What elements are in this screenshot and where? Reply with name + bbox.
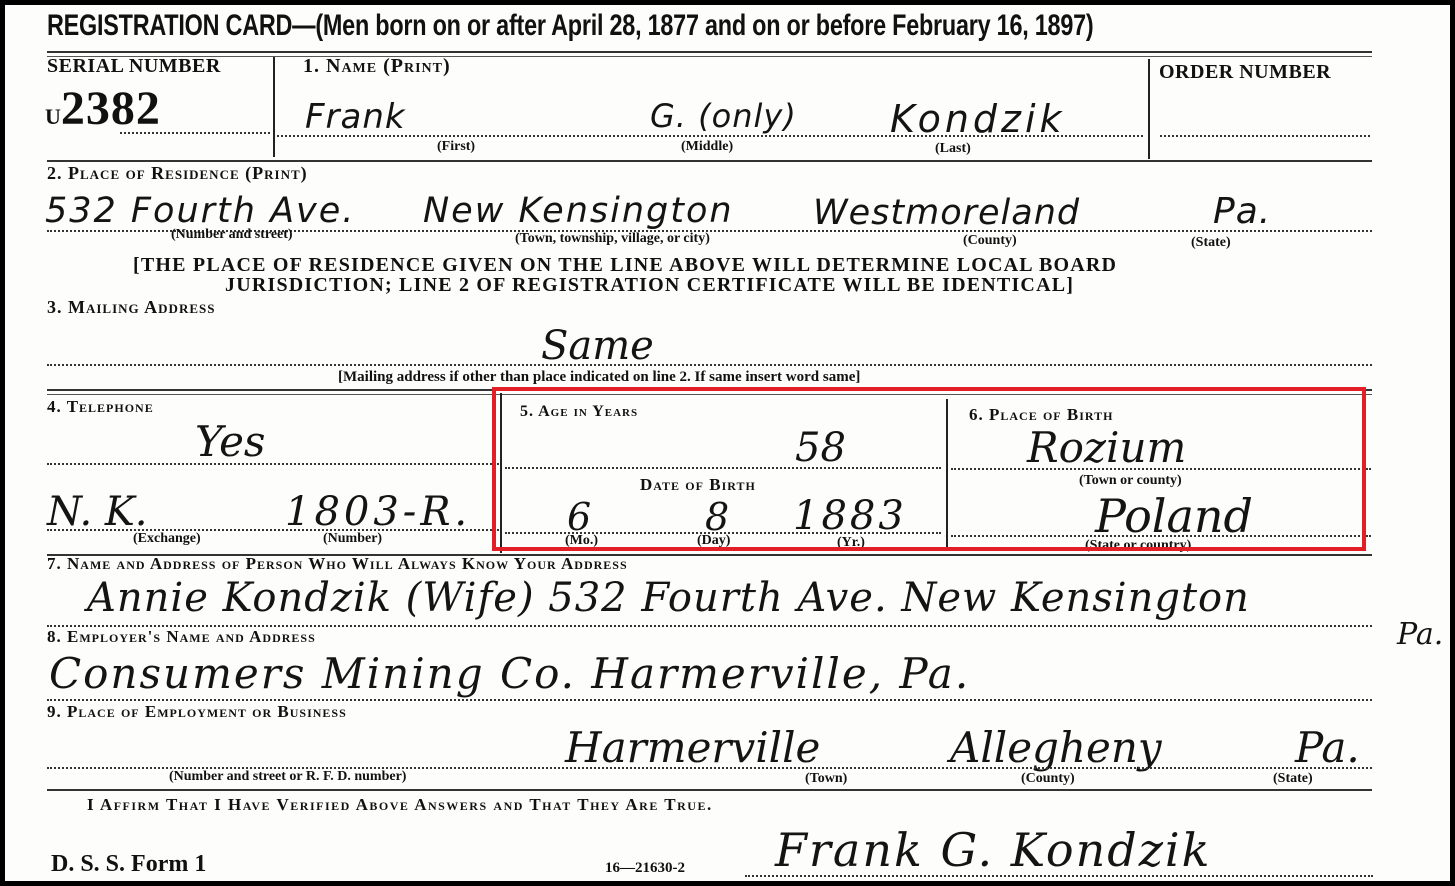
mailing-address-value: Same (541, 323, 654, 369)
form-name: D. S. S. Form 1 (51, 851, 206, 878)
employer-label: 8. Employer's Name and Address (47, 627, 316, 647)
tel-age-divider (500, 393, 502, 553)
contact-value: Annie Kondzik (Wife) 532 Fourth Ave. New… (87, 575, 1250, 621)
residence-notice-line2: JURISDICTION; LINE 2 OF REGISTRATION CER… (225, 275, 1074, 296)
month-caption: (Mo.) (565, 533, 598, 549)
mailing-line (47, 364, 1372, 366)
title-rule (47, 51, 1372, 57)
residence-county-value: Westmoreland (813, 193, 1080, 233)
name-first-value: Frank (305, 97, 406, 137)
age-value: 58 (795, 425, 846, 471)
dob-label: Date of Birth (640, 475, 756, 495)
name-label: 1. Name (Print) (303, 55, 451, 78)
contact-state-value: Pa. (1397, 617, 1443, 652)
first-caption: (First) (437, 139, 475, 155)
employer-line (47, 699, 1372, 701)
year-caption: (Yr.) (837, 535, 865, 551)
form-code: 16—21630-2 (605, 860, 685, 877)
name-middle-value: G. (only) (650, 97, 797, 135)
rfd-caption: (Number and street or R. F. D. number) (169, 769, 406, 785)
birthplace-country-line (951, 535, 1371, 537)
employment-county-value: Allegheny (950, 723, 1162, 772)
signature-line (745, 875, 1373, 877)
contact-label: 7. Name and Address of Person Who Will A… (47, 554, 628, 574)
employment-county-caption: (County) (1021, 771, 1075, 787)
order-divider (1148, 59, 1150, 159)
card-title: REGISTRATION CARD—(Men born on or after … (47, 9, 1093, 43)
number-caption: (Number) (323, 531, 382, 547)
serial-number-label: SERIAL NUMBER (47, 55, 221, 78)
telephone-number-line (47, 529, 499, 531)
employment-state-value: Pa. (1295, 723, 1360, 772)
employment-town-caption: (Town) (805, 771, 847, 787)
middle-caption: (Middle) (681, 139, 733, 155)
telephone-line (47, 463, 499, 465)
residence-state-value: Pa. (1213, 191, 1271, 232)
birthplace-label: 6. Place of Birth (969, 405, 1113, 425)
order-number-label: ORDER NUMBER (1159, 61, 1331, 84)
birthplace-town-value: Rozium (1027, 423, 1186, 472)
affirmation-text: I Affirm That I Have Verified Above Answ… (87, 795, 713, 815)
employment-state-caption: (State) (1273, 771, 1313, 787)
registrant-signature: Frank G. Kondzik (775, 823, 1212, 877)
age-line (505, 467, 941, 469)
residence-notice-line1: [THE PLACE OF RESIDENCE GIVEN ON THE LIN… (133, 255, 1117, 276)
day-caption: (Day) (697, 533, 730, 549)
telephone-label: 4. Telephone (47, 397, 154, 417)
residence-street-value: 532 Fourth Ave. (45, 191, 355, 231)
telephone-value: Yes (195, 417, 266, 466)
birthplace-town-line (951, 468, 1371, 470)
row9-bottom-rule (47, 789, 1372, 791)
row3-bottom-rule (47, 389, 1372, 395)
employer-value: Consumers Mining Co. Harmerville, Pa. (49, 649, 970, 698)
serial-prefix: U (45, 104, 61, 129)
serial-digits: 2382 (61, 82, 161, 135)
age-birth-divider (946, 399, 948, 551)
employment-town-value: Harmerville (565, 723, 820, 772)
employment-place-label: 9. Place of Employment or Business (47, 702, 347, 722)
residence-label: 2. Place of Residence (Print) (47, 163, 308, 184)
mailing-caption: [Mailing address if other than place ind… (338, 369, 860, 386)
serial-number-value: U2382 (45, 81, 161, 136)
serial-line (120, 132, 270, 134)
street-caption: (Number and street) (171, 227, 293, 243)
town-caption: (Town, township, village, or city) (515, 231, 710, 247)
registration-card: REGISTRATION CARD—(Men born on or after … (5, 5, 1450, 881)
town-or-county-caption: (Town or county) (1079, 473, 1182, 489)
last-caption: (Last) (935, 141, 971, 157)
county-caption: (County) (963, 233, 1017, 249)
name-line (277, 135, 1143, 137)
row1-bottom-rule (47, 160, 1372, 162)
order-number-line (1160, 135, 1370, 137)
exchange-caption: (Exchange) (133, 531, 201, 547)
state-or-country-caption: (State or country) (1085, 538, 1191, 554)
age-label: 5. Age in Years (520, 403, 638, 421)
residence-town-value: New Kensington (423, 191, 734, 231)
state-caption: (State) (1191, 235, 1231, 251)
serial-divider (273, 57, 275, 157)
mailing-address-label: 3. Mailing Address (47, 297, 215, 318)
